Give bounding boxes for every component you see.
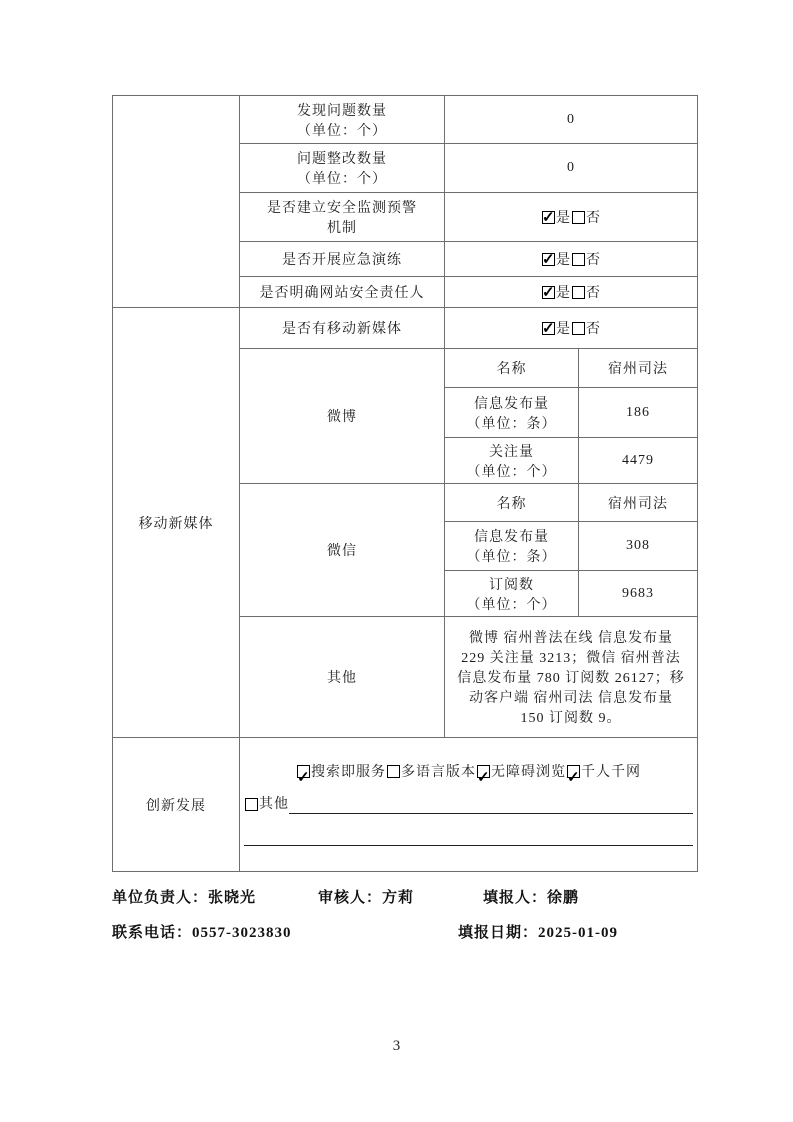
option-accessibility-label: 无障碍浏览 xyxy=(491,765,566,780)
weibo-posts-label: 信息发布量 （单位：条） xyxy=(445,388,579,438)
filler-field: 填报人：徐鹏 xyxy=(483,886,579,907)
option-search-service-label: 搜索即服务 xyxy=(311,765,386,780)
option-other-label: 其他 xyxy=(259,789,289,821)
filler-value: 徐鹏 xyxy=(547,890,579,906)
monitor-warning-label: 是否建立安全监测预警 机制 xyxy=(240,193,445,242)
checkbox-accessibility-icon[interactable] xyxy=(477,765,490,778)
wechat-posts-value: 308 xyxy=(579,522,698,571)
rectified-issues-label: 问题整改数量 （单位：个） xyxy=(240,144,445,193)
security-officer-label: 是否明确网站安全责任人 xyxy=(240,277,445,308)
document-page: 发现问题数量 （单位：个） 0 问题整改数量 （单位：个） 0 是否建立安全监测… xyxy=(0,0,793,1122)
yes-label: 是 xyxy=(556,211,571,226)
innovation-other-line: 其他 xyxy=(244,789,693,821)
weibo-name-label: 名称 xyxy=(445,349,579,388)
wechat-label: 微信 xyxy=(240,484,445,617)
no-label: 否 xyxy=(586,322,601,337)
phone-label: 联系电话： xyxy=(112,925,192,941)
section-label-innovation: 创新发展 xyxy=(113,738,240,872)
checkbox-no-icon[interactable] xyxy=(572,286,585,299)
date-label: 填报日期： xyxy=(458,925,538,941)
blank-underline[interactable] xyxy=(244,821,693,846)
no-label: 否 xyxy=(586,211,601,226)
emergency-drill-label: 是否开展应急演练 xyxy=(240,242,445,277)
option-multilingual-label: 多语言版本 xyxy=(401,765,476,780)
checkbox-personalized-icon[interactable] xyxy=(567,765,580,778)
checkbox-other-icon[interactable] xyxy=(245,798,258,811)
checkbox-search-service-icon[interactable] xyxy=(297,765,310,778)
checkbox-no-icon[interactable] xyxy=(572,322,585,335)
no-label: 否 xyxy=(586,286,601,301)
weibo-followers-label: 关注量 （单位：个） xyxy=(445,438,579,484)
checkbox-no-icon[interactable] xyxy=(572,253,585,266)
checkbox-yes-icon[interactable] xyxy=(542,322,555,335)
has-mobile-media-label: 是否有移动新媒体 xyxy=(240,308,445,349)
emergency-drill-value: 是否 xyxy=(445,242,698,277)
filler-label: 填报人： xyxy=(483,890,547,906)
checkbox-yes-icon[interactable] xyxy=(542,253,555,266)
page-number: 3 xyxy=(0,1038,793,1055)
yes-label: 是 xyxy=(556,253,571,268)
checkbox-no-icon[interactable] xyxy=(572,211,585,224)
wechat-name-value: 宿州司法 xyxy=(579,484,698,522)
reviewer-label: 审核人： xyxy=(318,890,382,906)
monitor-warning-value: 是否 xyxy=(445,193,698,242)
weibo-name-value: 宿州司法 xyxy=(579,349,698,388)
date-value: 2025-01-09 xyxy=(538,925,618,941)
unit-head-label: 单位负责人： xyxy=(112,890,208,906)
wechat-posts-label: 信息发布量 （单位：条） xyxy=(445,522,579,571)
unit-head-field: 单位负责人：张晓光 xyxy=(112,886,256,907)
wechat-subs-label: 订阅数 （单位：个） xyxy=(445,571,579,617)
no-label: 否 xyxy=(586,253,601,268)
empty-spanning-cell xyxy=(113,96,240,308)
weibo-posts-value: 186 xyxy=(579,388,698,438)
found-issues-value: 0 xyxy=(445,96,698,144)
weibo-label: 微博 xyxy=(240,349,445,484)
report-table: 发现问题数量 （单位：个） 0 问题整改数量 （单位：个） 0 是否建立安全监测… xyxy=(112,95,698,872)
wechat-subs-value: 9683 xyxy=(579,571,698,617)
innovation-options-line: 搜索即服务多语言版本无障碍浏览千人千网 xyxy=(244,757,693,789)
checkbox-yes-icon[interactable] xyxy=(542,211,555,224)
weibo-followers-value: 4479 xyxy=(579,438,698,484)
option-personalized-label: 千人千网 xyxy=(581,765,641,780)
has-mobile-media-value: 是否 xyxy=(445,308,698,349)
other-media-label: 其他 xyxy=(240,617,445,738)
unit-head-value: 张晓光 xyxy=(208,890,256,906)
rectified-issues-value: 0 xyxy=(445,144,698,193)
checkbox-yes-icon[interactable] xyxy=(542,286,555,299)
reviewer-value: 方莉 xyxy=(382,890,414,906)
checkbox-multilingual-icon[interactable] xyxy=(387,765,400,778)
section-label-mobile-media: 移动新媒体 xyxy=(113,308,240,738)
reviewer-field: 审核人：方莉 xyxy=(318,886,414,907)
yes-label: 是 xyxy=(556,286,571,301)
found-issues-label: 发现问题数量 （单位：个） xyxy=(240,96,445,144)
security-officer-value: 是否 xyxy=(445,277,698,308)
innovation-blank-line xyxy=(244,821,693,853)
innovation-content-cell: 搜索即服务多语言版本无障碍浏览千人千网 其他 xyxy=(240,738,698,872)
date-field: 填报日期：2025-01-09 xyxy=(458,921,618,942)
wechat-name-label: 名称 xyxy=(445,484,579,522)
phone-value: 0557-3023830 xyxy=(192,925,292,941)
yes-label: 是 xyxy=(556,322,571,337)
other-media-value: 微博 宿州普法在线 信息发布量 229 关注量 3213；微信 宿州普法 信息发… xyxy=(445,617,698,738)
phone-field: 联系电话：0557-3023830 xyxy=(112,921,292,942)
blank-underline[interactable] xyxy=(289,789,693,814)
